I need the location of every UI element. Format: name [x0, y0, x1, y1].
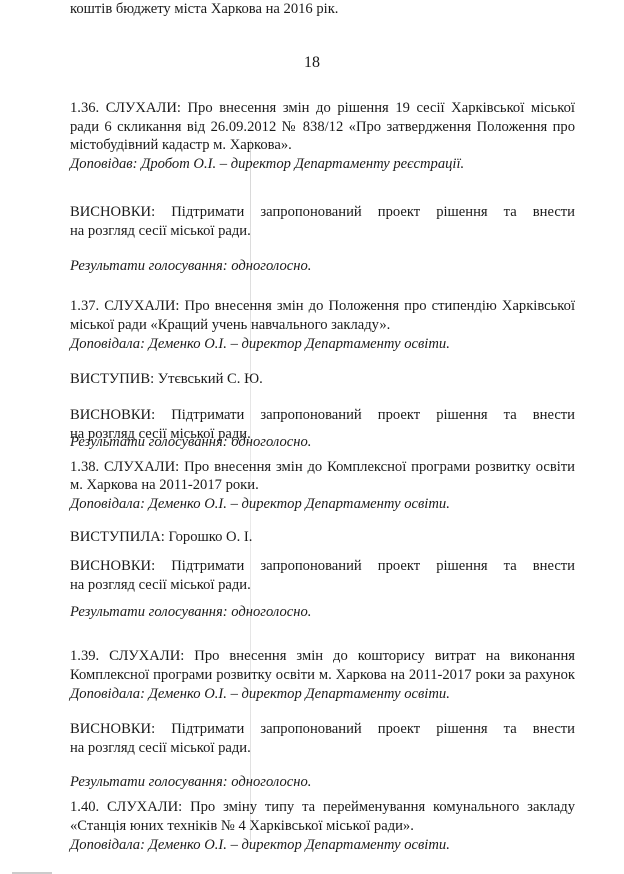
agenda-item-heard-line: 1.39. СЛУХАЛИ: Про внесення змін до кошт…: [70, 647, 575, 665]
agenda-item-heard-line: м. Харкова на 2011-2017 роки.: [70, 476, 575, 494]
agenda-item-reporter: Доповідала: Деменко О.І. – директор Депа…: [70, 685, 575, 703]
document-page: 18 1.36. СЛУХАЛИ: Про внесення змін до р…: [0, 0, 624, 874]
agenda-item-vote-result: Результати голосування: одноголосно.: [70, 257, 575, 275]
page-number: 18: [0, 54, 624, 72]
agenda-item-speaker: ВИСТУПИЛА: Горошко О. І.: [70, 528, 575, 546]
agenda-item-heard-line: 1.37. СЛУХАЛИ: Про внесення змін до Поло…: [70, 297, 575, 315]
agenda-item-reporter: Доповідав: Дробот О.І. – директор Департ…: [70, 155, 575, 173]
agenda-item-conclusions-cont: на розгляд сесії міської ради.: [70, 222, 575, 240]
agenda-item-heard-line: 1.40. СЛУХАЛИ: Про зміну типу та перейме…: [70, 798, 575, 816]
agenda-item-conclusions: ВИСНОВКИ: Підтримати запропонований прое…: [70, 406, 575, 424]
agenda-item-heard-line: Комплексної програми розвитку освіти м. …: [70, 666, 575, 684]
agenda-item-conclusions-cont: на розгляд сесії міської ради.: [70, 739, 575, 757]
agenda-item-heard-line: 1.36. СЛУХАЛИ: Про внесення змін до ріше…: [70, 99, 575, 117]
agenda-item-conclusions: ВИСНОВКИ: Підтримати запропонований прое…: [70, 720, 575, 738]
agenda-item-vote-result: Результати голосування: одноголосно.: [70, 433, 575, 451]
agenda-item-heard-line: міської ради «Кращий учень навчального з…: [70, 316, 575, 334]
agenda-item-speaker: ВИСТУПИВ: Утєвський С. Ю.: [70, 370, 575, 388]
agenda-item-conclusions-cont: на розгляд сесії міської ради.: [70, 576, 575, 594]
agenda-item-conclusions: ВИСНОВКИ: Підтримати запропонований прое…: [70, 557, 575, 575]
agenda-item-conclusions: ВИСНОВКИ: Підтримати запропонований прое…: [70, 203, 575, 221]
agenda-item-reporter: Доповідала: Деменко О.І. – директор Депа…: [70, 335, 575, 353]
agenda-item-heard-line: 1.38. СЛУХАЛИ: Про внесення змін до Комп…: [70, 458, 575, 476]
agenda-item-vote-result: Результати голосування: одноголосно.: [70, 603, 575, 621]
agenda-item-heard-line: «Станція юних техніків № 4 Харківської м…: [70, 817, 575, 835]
agenda-item-vote-result: Результати голосування: одноголосно.: [70, 773, 575, 791]
agenda-item-heard-line: ради 6 скликання від 26.09.2012 № 838/12…: [70, 118, 575, 136]
agenda-item-heard-line: коштів бюджету міста Харкова на 2016 рік…: [70, 0, 575, 18]
agenda-item-reporter: Доповідала: Деменко О.І. – директор Депа…: [70, 495, 575, 513]
agenda-item-reporter: Доповідала: Деменко О.І. – директор Депа…: [70, 836, 575, 854]
agenda-item-heard-line: містобудівний кадастр м. Харкова».: [70, 136, 575, 154]
